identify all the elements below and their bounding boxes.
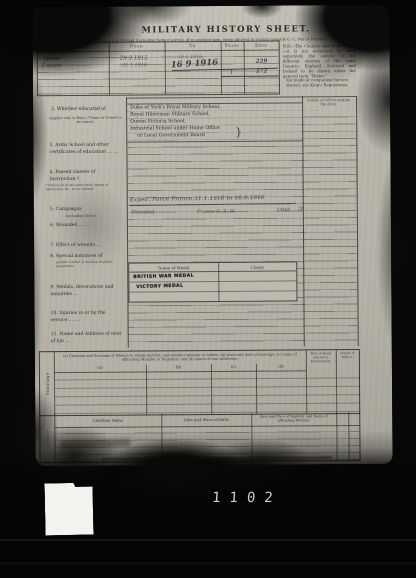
marriage-officer-header: Initials of Officer. (337, 352, 358, 360)
section-label-8: 8. Special instances of (50, 254, 124, 260)
medal-clasps-header: Clasps (218, 264, 296, 270)
nb-note: N.B.—The Country only to be shown—it is … (283, 43, 356, 79)
marriage-side-label: Marriage (44, 372, 49, 395)
service-row-country: France (42, 63, 62, 69)
initials-column-header: Initials of Officer making the entry. (304, 98, 353, 107)
content-rules (127, 139, 303, 347)
scan-streak (0, 562, 416, 565)
section-label-4: 4. Passed classes of Instruction ? (50, 169, 114, 184)
service-row-from: 29 3 1915 (120, 55, 148, 61)
photo-background: MILITARY HISTORY SHEET. 1. A. Service at… (0, 0, 416, 578)
children-col-baptism: Date and Place of Baptism, and Name of o… (253, 414, 334, 423)
service-table: Country From To Years Days Home France 2… (37, 41, 280, 97)
marriage-col-b: (b) (146, 364, 211, 369)
col-header-years: Years (221, 43, 244, 48)
initials-rules (301, 110, 358, 346)
archive-sticker (44, 483, 93, 536)
sections-content-column: Duke of York's Royal Military School, Ro… (126, 96, 305, 347)
medal-name-header: Name of Medal (129, 264, 218, 270)
scan-streak (0, 539, 416, 541)
section-label-9: 9. Medals, decorations and annuities ... (50, 285, 120, 299)
marriage-rules (54, 370, 359, 415)
service-total-days: 172 (256, 69, 268, 75)
marriage-header: (a) Christian and Surname of Woman to wh… (58, 352, 302, 363)
col-header-country: Country (38, 44, 109, 49)
wounded-entry-ref: C948. (277, 207, 292, 213)
schools-rules (127, 103, 302, 141)
section-note-2: (Applies only to Boys.) *Name of School … (47, 116, 123, 125)
marriage-col-c: (c) (211, 364, 256, 369)
children-col-birth: Date and Place of Birth (161, 417, 251, 423)
section-label-10: 10. Injuries in or by the service ... ..… (51, 311, 123, 325)
service-row-from: 31 1 1916 (122, 62, 147, 68)
section-label-6: 6. Wounded ... ... (50, 223, 122, 229)
medal-stamp: VICTORY MEDAL (136, 283, 183, 290)
nb-note-2: For mode of computing Service abroad, se… (286, 77, 356, 88)
children-col-name: Christian Name (54, 417, 161, 423)
wounded-entry-num: 28 (298, 206, 304, 212)
service-days: 229 (256, 59, 268, 65)
medal-stamp: BRITISH WAR MEDAL (133, 274, 194, 280)
col-header-from: From (109, 44, 165, 49)
section-label-3: 3. Army School and other certificates of… (49, 142, 121, 157)
frame-number: 1102 (211, 490, 282, 506)
schools-box: Duke of York's Royal Military School, Ro… (127, 102, 302, 142)
initials-column: Initials of Officer making the entry. (301, 96, 359, 346)
marriage-table: Marriage (a) Christian and Surname of Wo… (39, 349, 360, 416)
marriage-col-d: (d) (256, 363, 306, 368)
section-label-5: 5. Campaigns (50, 207, 122, 213)
section-label-2: 2. Whether educated at (51, 107, 127, 113)
document-sheet: MILITARY HISTORY SHEET. 1. A. Service at… (32, 5, 392, 466)
service-table-rules (38, 50, 279, 96)
section-note-8: gallant conduct & mention in public desp… (56, 261, 118, 269)
wounded-entry-word: Wounded (131, 209, 155, 215)
marriage-side-strip: Marriage (41, 352, 53, 415)
document-title: MILITARY HISTORY SHEET. (93, 24, 360, 36)
married-roll-header: Date of being placed on Married Roll. (307, 352, 335, 363)
section-note-5: (including Africa) (66, 214, 96, 218)
medal-table: Name of Medal Clasps BRITISH WAR MEDAL V… (128, 261, 297, 302)
section-note-4: * Only such as are authorised classes of… (46, 184, 124, 192)
section-label-7: 7. Effect of wounds ... (50, 243, 122, 249)
col-header-to: To (165, 43, 221, 48)
wounded-entry-place: France G. S. W. (197, 209, 236, 215)
col-header-days: Days (244, 43, 279, 48)
children-side-label: Children (45, 429, 50, 447)
service-row-country: Home (44, 56, 61, 63)
section-label-11: 11. Name and Address of next of kin ... (51, 332, 123, 346)
marriage-col-a: (a) (54, 364, 146, 370)
children-side-strip: Children (41, 414, 53, 462)
